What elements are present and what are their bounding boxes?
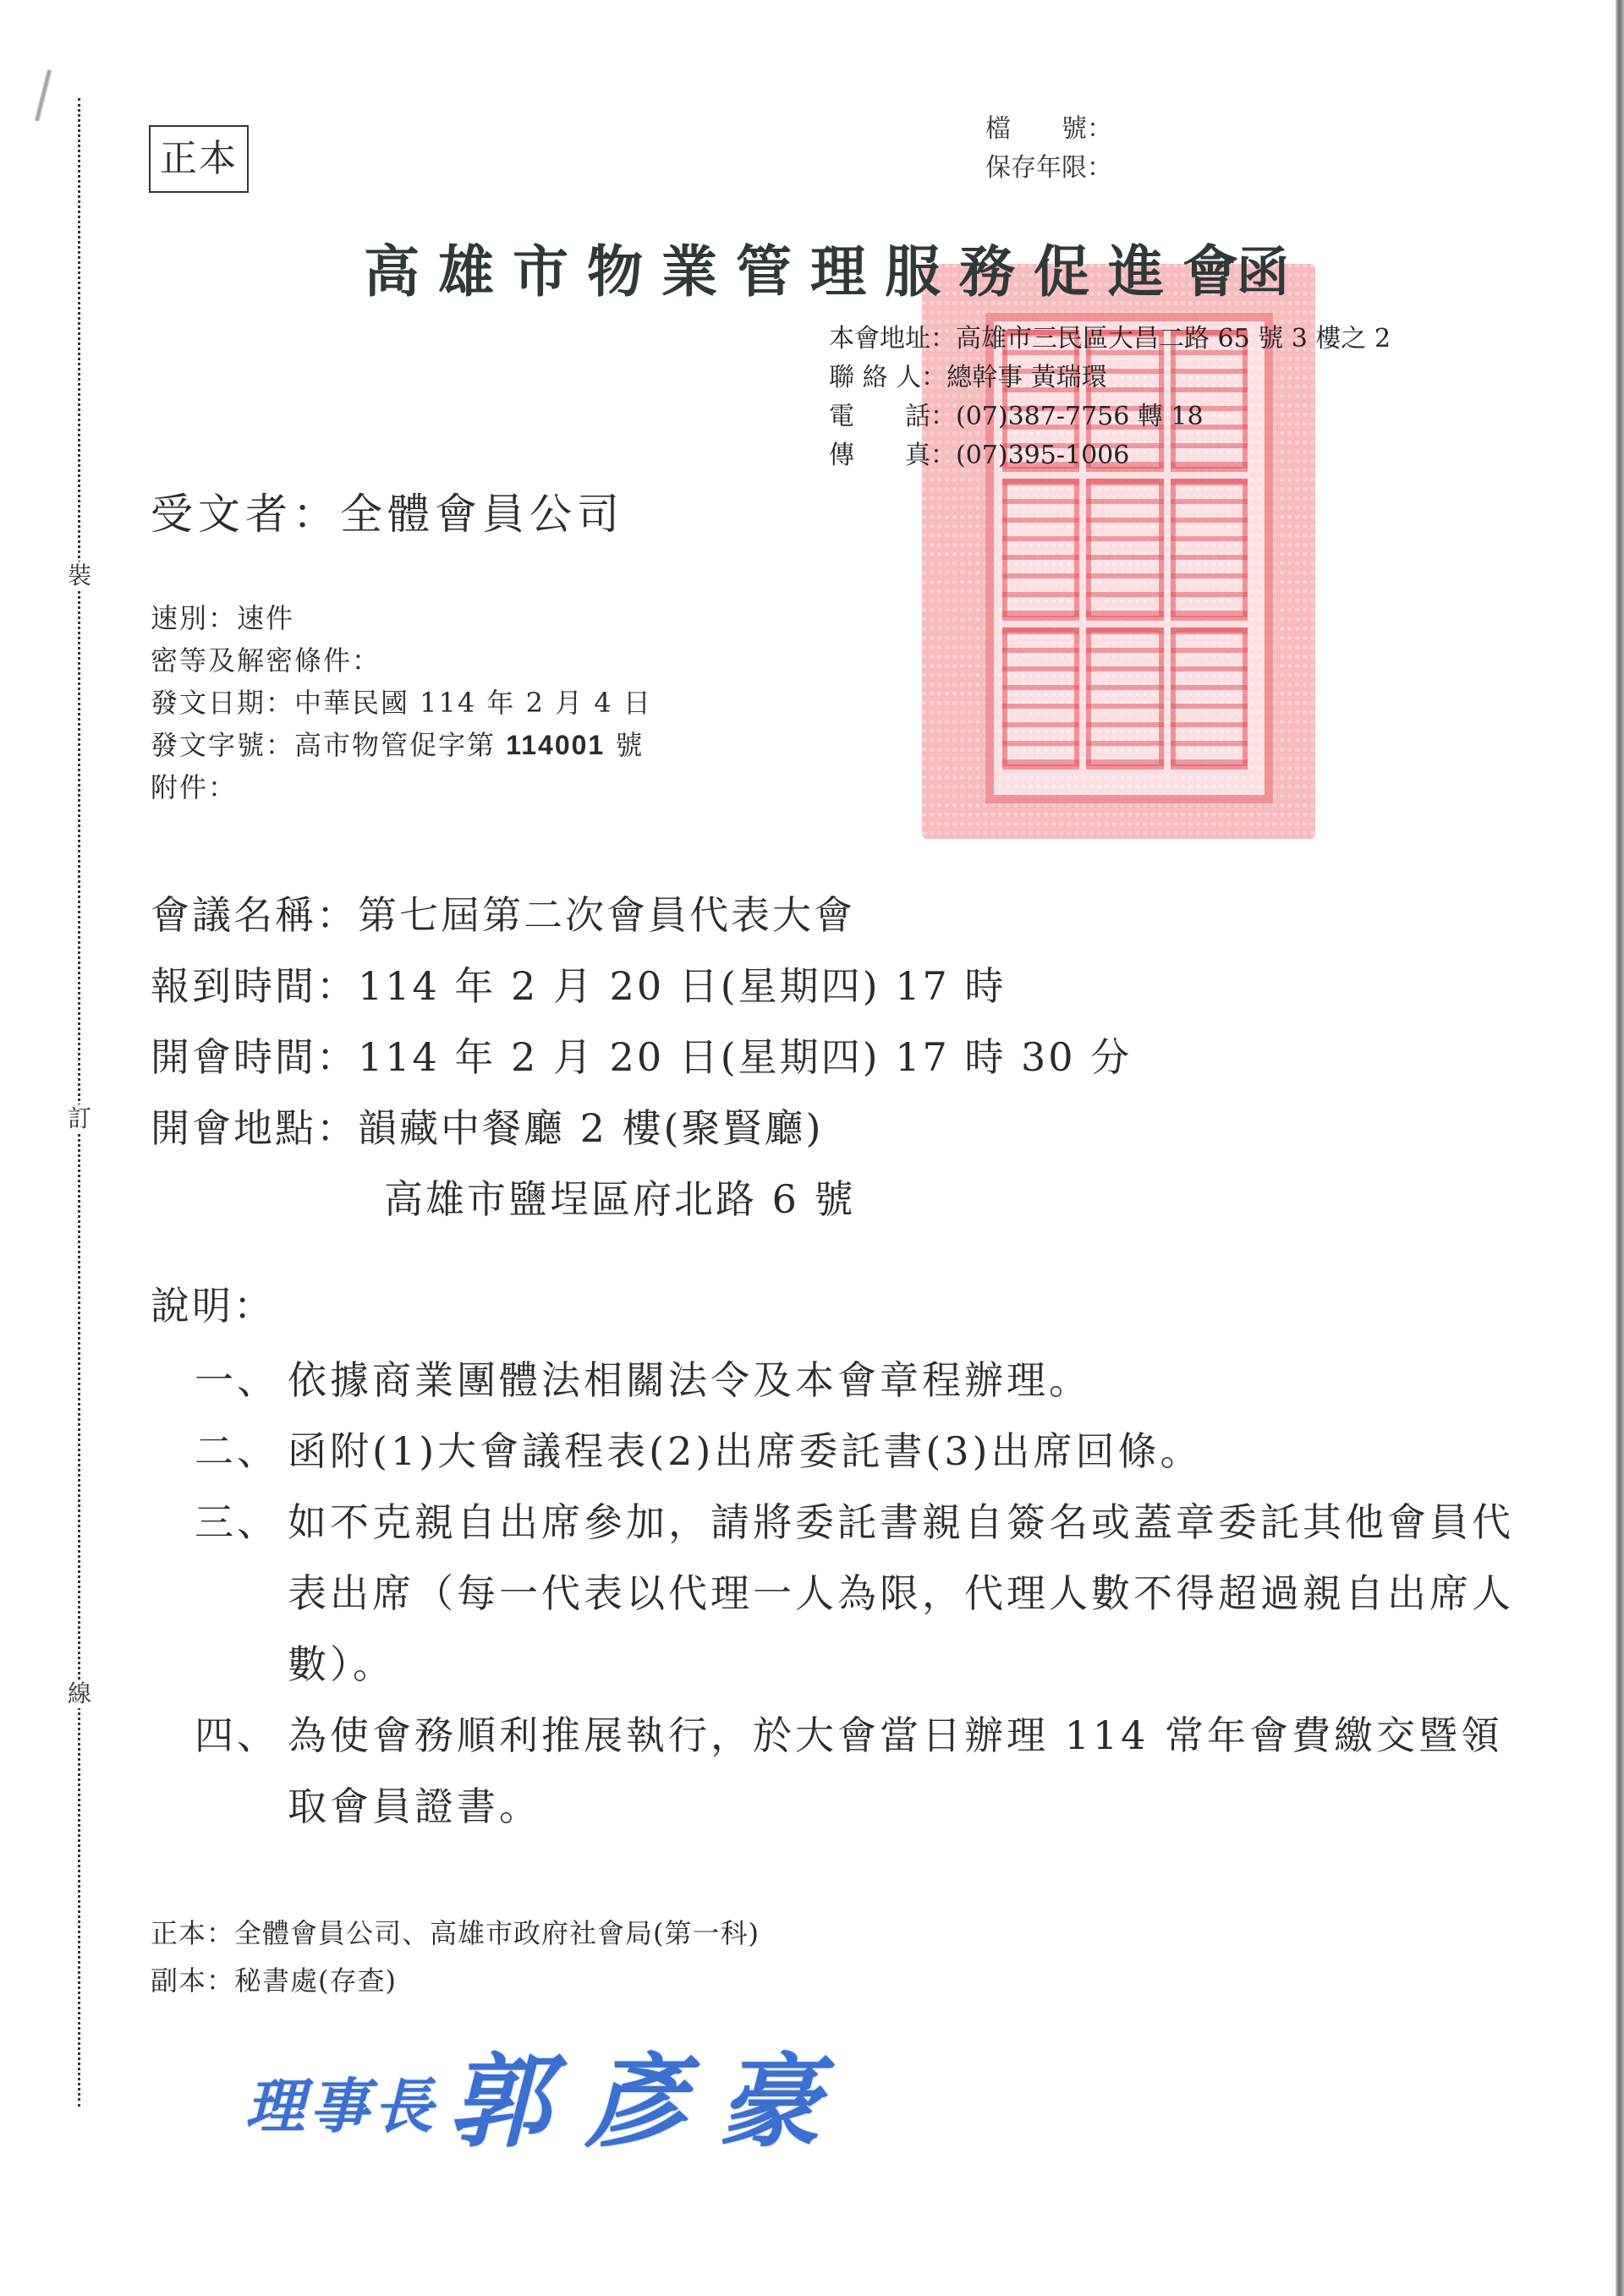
contact-block: 本會地址：高雄市三民區大昌二路 65 號 3 樓之 2 聯 絡 人：總幹事 黃瑞…: [829, 320, 1391, 475]
document-number-suffix: 號: [605, 729, 644, 761]
meeting-info: 會議名稱：第七屆第二次會員代表大會 報到時間：114 年 2 月 20 日(星期…: [151, 879, 1132, 1235]
distribution-copy: 副本：秘書處(存查): [151, 1957, 760, 2004]
binding-mark-xian: 線: [66, 1680, 93, 1708]
seal-glyph: [1086, 479, 1163, 621]
seal-glyph: [1002, 627, 1079, 770]
retention-period-label: 保存年限：: [985, 149, 1112, 188]
meeting-checkin-time: 報到時間：114 年 2 月 20 日(星期四) 17 時: [151, 951, 1132, 1022]
seal-glyph: [1171, 479, 1248, 621]
document-number: 發文字號：高市物管促字第 114001 號: [151, 724, 652, 766]
meeting-start-time: 開會時間：114 年 2 月 20 日(星期四) 17 時 30 分: [151, 1022, 1132, 1093]
explanation-item: 一、 依據商業團體法相關法令及本會章程辦理。: [195, 1345, 1514, 1416]
signature-name: 郭彥豪: [448, 2042, 854, 2162]
file-number-label: 檔 號：: [985, 110, 1112, 149]
contact-fax: 傳 真：(07)395-1006: [829, 436, 1391, 475]
document-number-value: 114001: [506, 730, 605, 760]
explanation-item: 四、 為使會務順利推展執行，於大會當日辦理 114 常年會費繳交暨領取會員證書。: [195, 1700, 1514, 1842]
copy-type-box: 正本: [149, 125, 249, 193]
contact-address: 本會地址：高雄市三民區大昌二路 65 號 3 樓之 2: [829, 320, 1391, 359]
chairman-signature-stamp: 理事長郭彥豪: [245, 2021, 854, 2167]
item-text: 如不克親自出席參加，請將委託書親自簽名或蓋章委託其他會員代表出席（每一代表以代理…: [288, 1487, 1514, 1700]
meeting-location: 開會地點：韻藏中餐廳 2 樓(聚賢廳): [151, 1093, 1132, 1164]
contact-person: 聯 絡 人：總幹事 黃瑞環: [829, 359, 1391, 397]
meeting-name: 會議名稱：第七屆第二次會員代表大會: [151, 879, 1132, 951]
item-number: 三、: [195, 1487, 288, 1700]
classification: 密等及解密條件：: [151, 639, 652, 682]
meeting-address: 高雄市鹽埕區府北路 6 號: [151, 1164, 1132, 1235]
item-text: 函附(1)大會議程表(2)出席委託書(3)出席回條。: [288, 1416, 1514, 1487]
contact-phone: 電 話：(07)387-7756 轉 18: [829, 397, 1391, 436]
pencil-mark: [35, 69, 52, 122]
document-meta: 速別：速件 密等及解密條件： 發文日期：中華民國 114 年 2 月 4 日 發…: [151, 597, 652, 808]
signature-title: 理事長: [245, 2071, 438, 2141]
item-number: 一、: [195, 1345, 288, 1416]
document-title: 高雄市物業管理服務促進會: [364, 227, 1257, 307]
explanation-item: 二、 函附(1)大會議程表(2)出席委託書(3)出席回條。: [195, 1416, 1514, 1487]
item-number: 四、: [195, 1700, 288, 1842]
item-text: 為使會務順利推展執行，於大會當日辦理 114 常年會費繳交暨領取會員證書。: [288, 1700, 1514, 1842]
file-meta: 檔 號： 保存年限：: [985, 110, 1112, 188]
binding-mark-zhuang: 裝: [66, 562, 93, 590]
document-type: 函: [1237, 230, 1289, 305]
speed-class: 速別：速件: [151, 597, 652, 639]
distribution-original: 正本：全體會員公司、高雄市政府社會局(第一科): [151, 1910, 760, 1957]
item-text: 依據商業團體法相關法令及本會章程辦理。: [288, 1345, 1514, 1416]
scan-edge-shadow: [1616, 0, 1624, 2296]
recipient: 受文者：全體會員公司: [151, 480, 624, 541]
item-number: 二、: [195, 1416, 288, 1487]
distribution: 正本：全體會員公司、高雄市政府社會局(第一科) 副本：秘書處(存查): [151, 1910, 760, 2004]
seal-glyph: [1171, 627, 1248, 770]
seal-glyph: [1002, 479, 1079, 621]
binding-line: [78, 98, 80, 2107]
seal-glyph: [1086, 627, 1163, 770]
binding-mark-ding: 訂: [66, 1104, 93, 1133]
document-number-prefix: 發文字號：高市物管促字第: [151, 729, 506, 761]
attachment: 附件：: [151, 766, 652, 808]
explanation-heading: 說明：: [151, 1275, 275, 1331]
explanation-list: 一、 依據商業團體法相關法令及本會章程辦理。 二、 函附(1)大會議程表(2)出…: [195, 1345, 1514, 1842]
issue-date: 發文日期：中華民國 114 年 2 月 4 日: [151, 682, 652, 724]
explanation-item: 三、 如不克親自出席參加，請將委託書親自簽名或蓋章委託其他會員代表出席（每一代表…: [195, 1487, 1514, 1700]
